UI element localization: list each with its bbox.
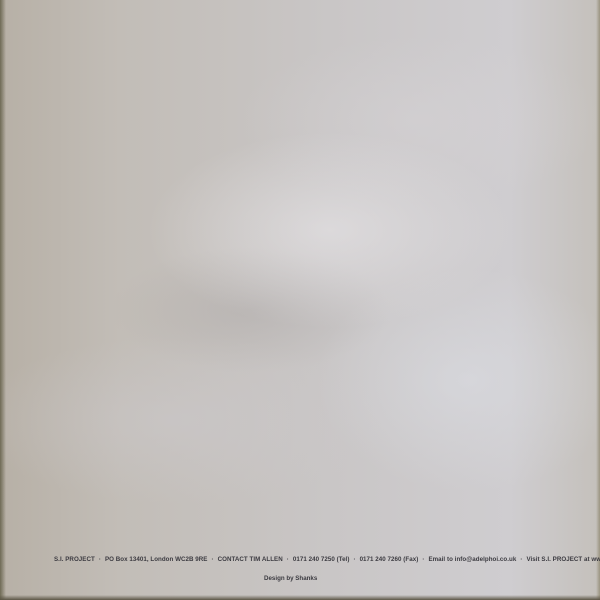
separator: · xyxy=(422,556,424,563)
sleeve-right-edge xyxy=(596,0,600,600)
email-address: Email to info@adelphoi.co.uk xyxy=(428,556,516,563)
record-sleeve-back: S.I. PROJECT·PO Box 13401, London WC2B 9… xyxy=(0,0,600,600)
label-name: S.I. PROJECT xyxy=(54,556,95,563)
separator: · xyxy=(520,556,522,563)
contact-person: CONTACT TIM ALLEN xyxy=(218,556,283,563)
fax-number: 0171 240 7260 (Fax) xyxy=(360,556,419,563)
phone-number: 0171 240 7250 (Tel) xyxy=(293,556,350,563)
separator: · xyxy=(353,556,355,563)
separator: · xyxy=(287,556,289,563)
sleeve-bottom-edge xyxy=(0,595,600,600)
website: Visit S.I. PROJECT at www.adelphoi.co.uk… xyxy=(526,556,600,563)
separator: · xyxy=(212,556,214,563)
design-credit: Design by Shanks xyxy=(264,575,317,582)
separator: · xyxy=(99,556,101,563)
postal-address: PO Box 13401, London WC2B 9RE xyxy=(105,556,208,563)
contact-info-line: S.I. PROJECT·PO Box 13401, London WC2B 9… xyxy=(54,556,554,563)
sleeve-left-edge xyxy=(0,0,6,600)
